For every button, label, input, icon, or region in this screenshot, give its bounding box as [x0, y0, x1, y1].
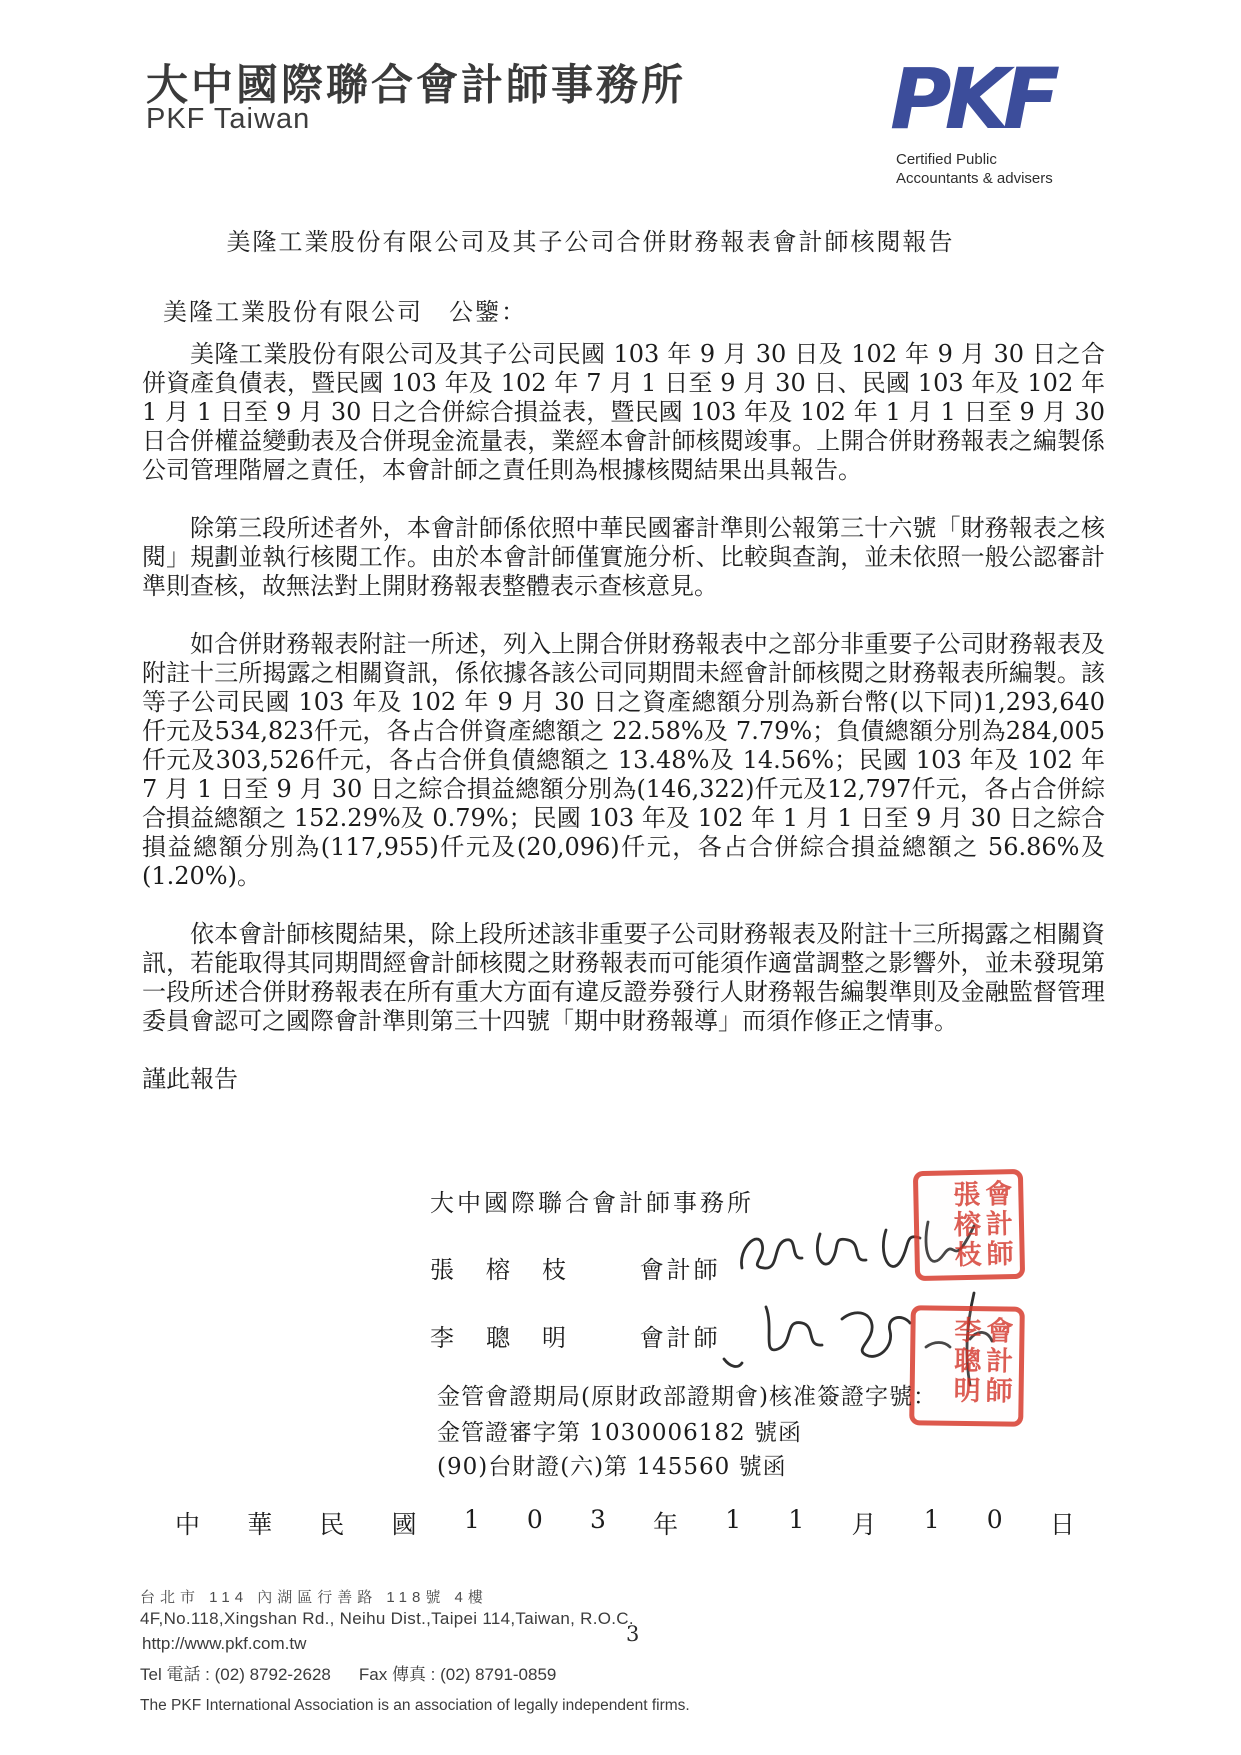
pkf-tagline: Certified Public Accountants & advisers: [896, 150, 1053, 188]
approval-number-1: 金管證審字第 1030006182 號函: [437, 1414, 802, 1447]
report-paragraph-1: 美隆工業股份有限公司及其子公司民國 103 年 9 月 30 日及 102 年 …: [142, 340, 1105, 485]
date-char: 1: [924, 1505, 940, 1541]
footer-address-en: 4F,No.118,Xingshan Rd., Neihu Dist.,Taip…: [140, 1609, 634, 1629]
date-char: 0: [527, 1505, 543, 1541]
pkf-tagline-line2: Accountants & advisers: [896, 169, 1053, 188]
date-char: 3: [590, 1505, 606, 1541]
footer-association-note: The PKF International Association is an …: [140, 1697, 690, 1715]
date-char: 1: [788, 1505, 804, 1541]
footer-tel: Tel 電話 : (02) 8792-2628: [140, 1665, 331, 1684]
cpa-title-zhang: 會計師: [640, 1256, 721, 1284]
approval-heading: 金管會證期局(原財政部證期會)核准簽證字號：: [437, 1378, 937, 1411]
date-char: 中: [175, 1505, 200, 1541]
report-body: 美隆工業股份有限公司及其子公司民國 103 年 9 月 30 日及 102 年 …: [142, 340, 1105, 1123]
footer-website-url: http://www.pkf.com.tw: [142, 1634, 306, 1654]
report-paragraph-4: 依本會計師核閱結果，除上段所述該非重要子公司財務報表及附註十三所揭露之相關資訊，…: [142, 920, 1105, 1036]
report-title: 美隆工業股份有限公司及其子公司合併財務報表會計師核閱報告: [0, 222, 1181, 257]
report-paragraph-3: 如合併財務報表附註一所述，列入上開合併財務報表中之部分非重要子公司財務報表及附註…: [142, 630, 1105, 891]
page-number: 3: [626, 1622, 639, 1646]
cpa-name-li: 李 聰 明: [430, 1324, 570, 1352]
date-line: 中華民國103年11月10日: [175, 1505, 1075, 1541]
date-char: 0: [987, 1505, 1003, 1541]
footer-address-zh: 台北市 114 內湖區行善路 118號 4樓: [140, 1586, 488, 1607]
date-char: 1: [725, 1505, 741, 1541]
cpa-name-zhang: 張 榕 枝: [430, 1256, 570, 1284]
pkf-logo: PKF: [890, 52, 1065, 152]
date-char: 華: [247, 1505, 272, 1541]
cpa-title-li: 會計師: [640, 1324, 721, 1352]
date-char: 日: [1050, 1505, 1075, 1541]
report-paragraph-2: 除第三段所述者外，本會計師係依照中華民國審計準則公報第三十六號「財務報表之核閱」…: [142, 514, 1105, 601]
date-char: 民: [319, 1505, 344, 1541]
footer-telfax: Tel 電話 : (02) 8792-2628Fax 傳真 : (02) 879…: [140, 1660, 556, 1685]
cpa-row-zhang: 張 榕 枝 會計師: [430, 1250, 721, 1285]
date-char: 國: [392, 1505, 417, 1541]
cpa-row-li: 李 聰 明 會計師: [430, 1318, 721, 1353]
date-char: 月: [851, 1505, 876, 1541]
firm-name-english: PKF Taiwan: [146, 103, 310, 136]
salutation-line: 美隆工業股份有限公司 公鑒：: [163, 292, 527, 327]
date-char: 1: [464, 1505, 480, 1541]
footer-fax: Fax 傳真 : (02) 8791-0859: [359, 1665, 556, 1684]
pkf-tagline-line1: Certified Public: [896, 150, 1053, 169]
cpa-seal-zhang: 會計師張榕枝: [913, 1169, 1025, 1281]
pkf-logo-text: PKF: [890, 52, 1060, 148]
date-char: 年: [653, 1505, 678, 1541]
approval-number-2: (90)台財證(六)第 145560 號函: [437, 1448, 787, 1481]
closing-statement: 謹此報告: [142, 1065, 1105, 1094]
signing-firm-name: 大中國際聯合會計師事務所: [430, 1183, 754, 1218]
document-page: 大中國際聯合會計師事務所 PKF Taiwan PKF Certified Pu…: [0, 0, 1241, 1755]
